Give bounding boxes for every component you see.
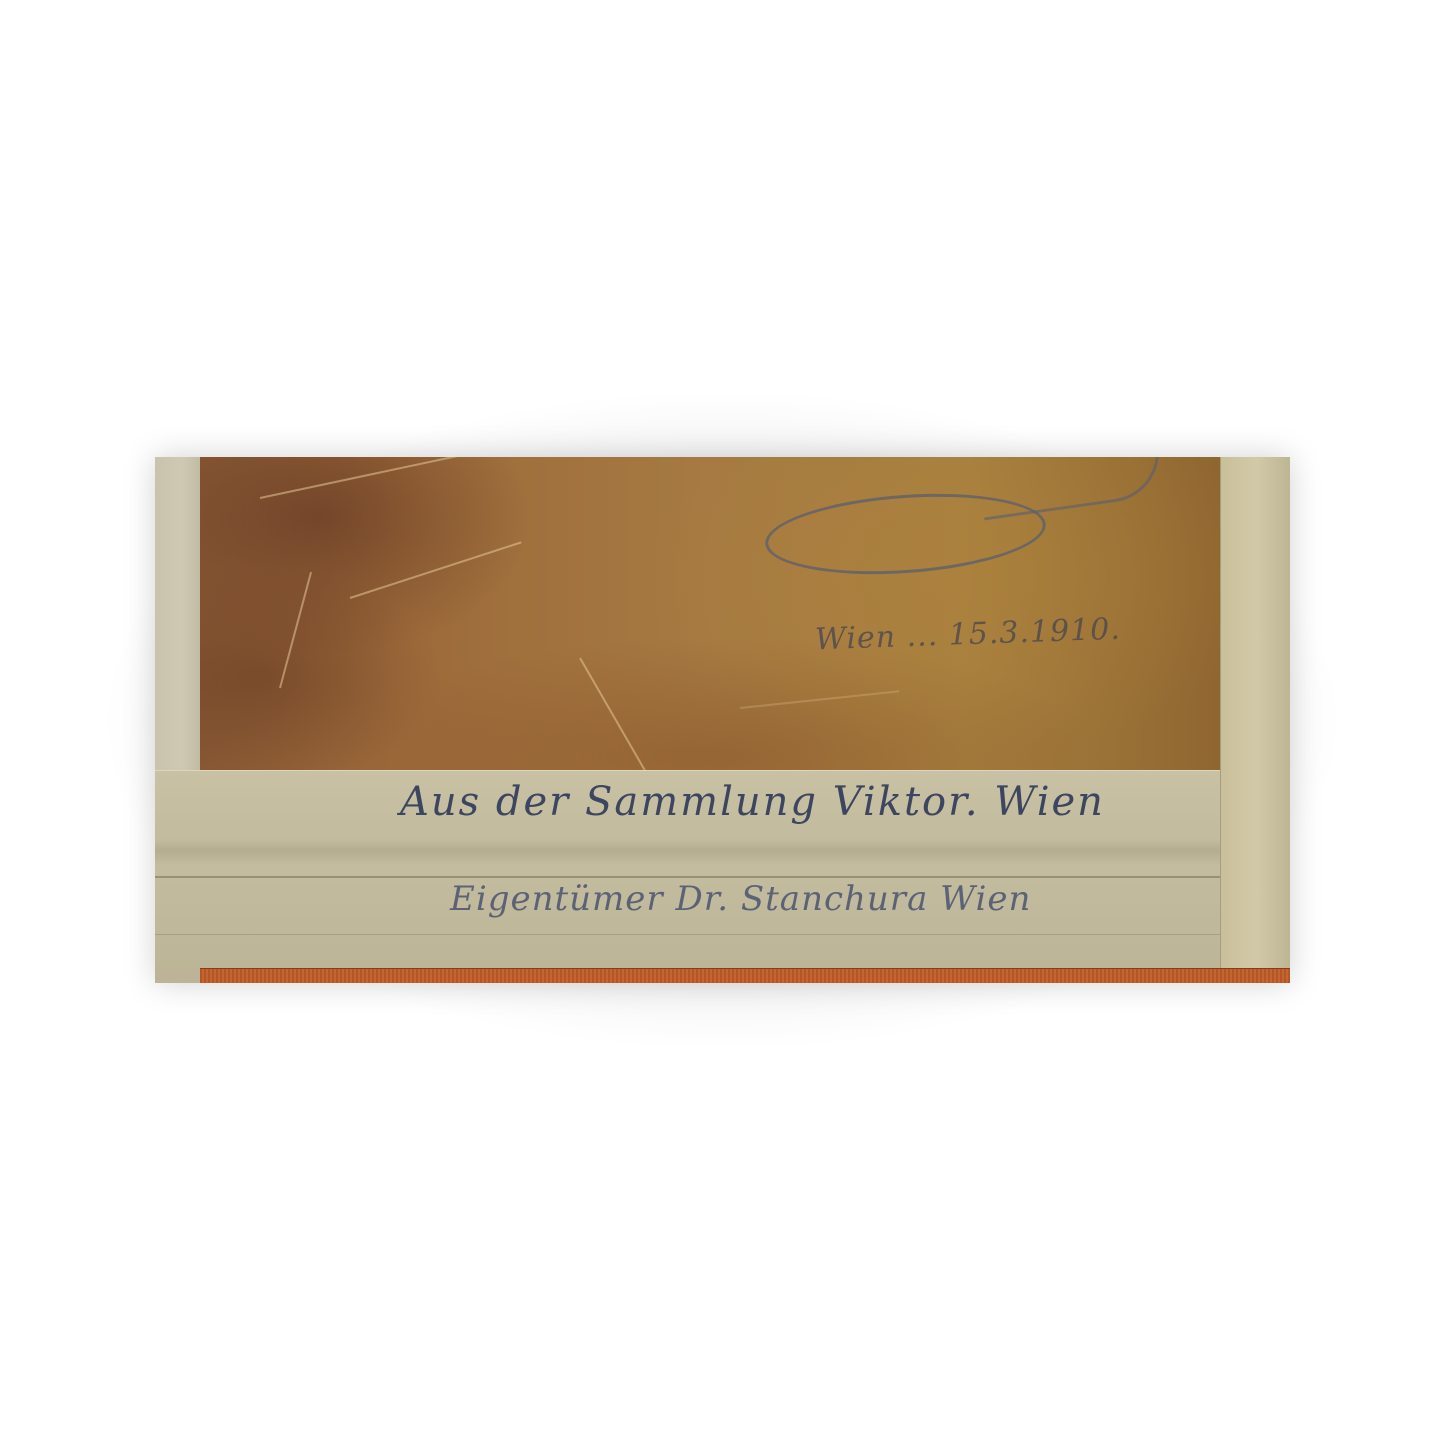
pencil-loop — [763, 485, 1049, 582]
mount-left-strip — [155, 457, 200, 772]
inscription-owner: Eigentümer Dr. Stanchura Wien — [450, 879, 1031, 919]
artwork-back-photo: Wien ... 15.3.1910. Aus der Sammlung Vik… — [155, 457, 1290, 983]
mount-bottom-strip: Aus der Sammlung Viktor. Wien Eigentümer… — [155, 770, 1220, 969]
fold-line — [155, 876, 1220, 878]
scratch-mark — [579, 658, 651, 780]
scratch-mark — [279, 572, 312, 688]
scratch-mark — [740, 690, 899, 709]
scratch-mark — [260, 457, 476, 499]
brown-card: Wien ... 15.3.1910. — [200, 457, 1220, 770]
inscription-collection: Aus der Sammlung Viktor. Wien — [400, 779, 1105, 825]
fold-line — [155, 934, 1220, 935]
pencil-date-note: Wien ... 15.3.1910. — [814, 612, 1121, 658]
mount-right-strip — [1220, 457, 1290, 983]
fabric-edge — [200, 968, 1290, 983]
scratch-mark — [350, 541, 522, 599]
